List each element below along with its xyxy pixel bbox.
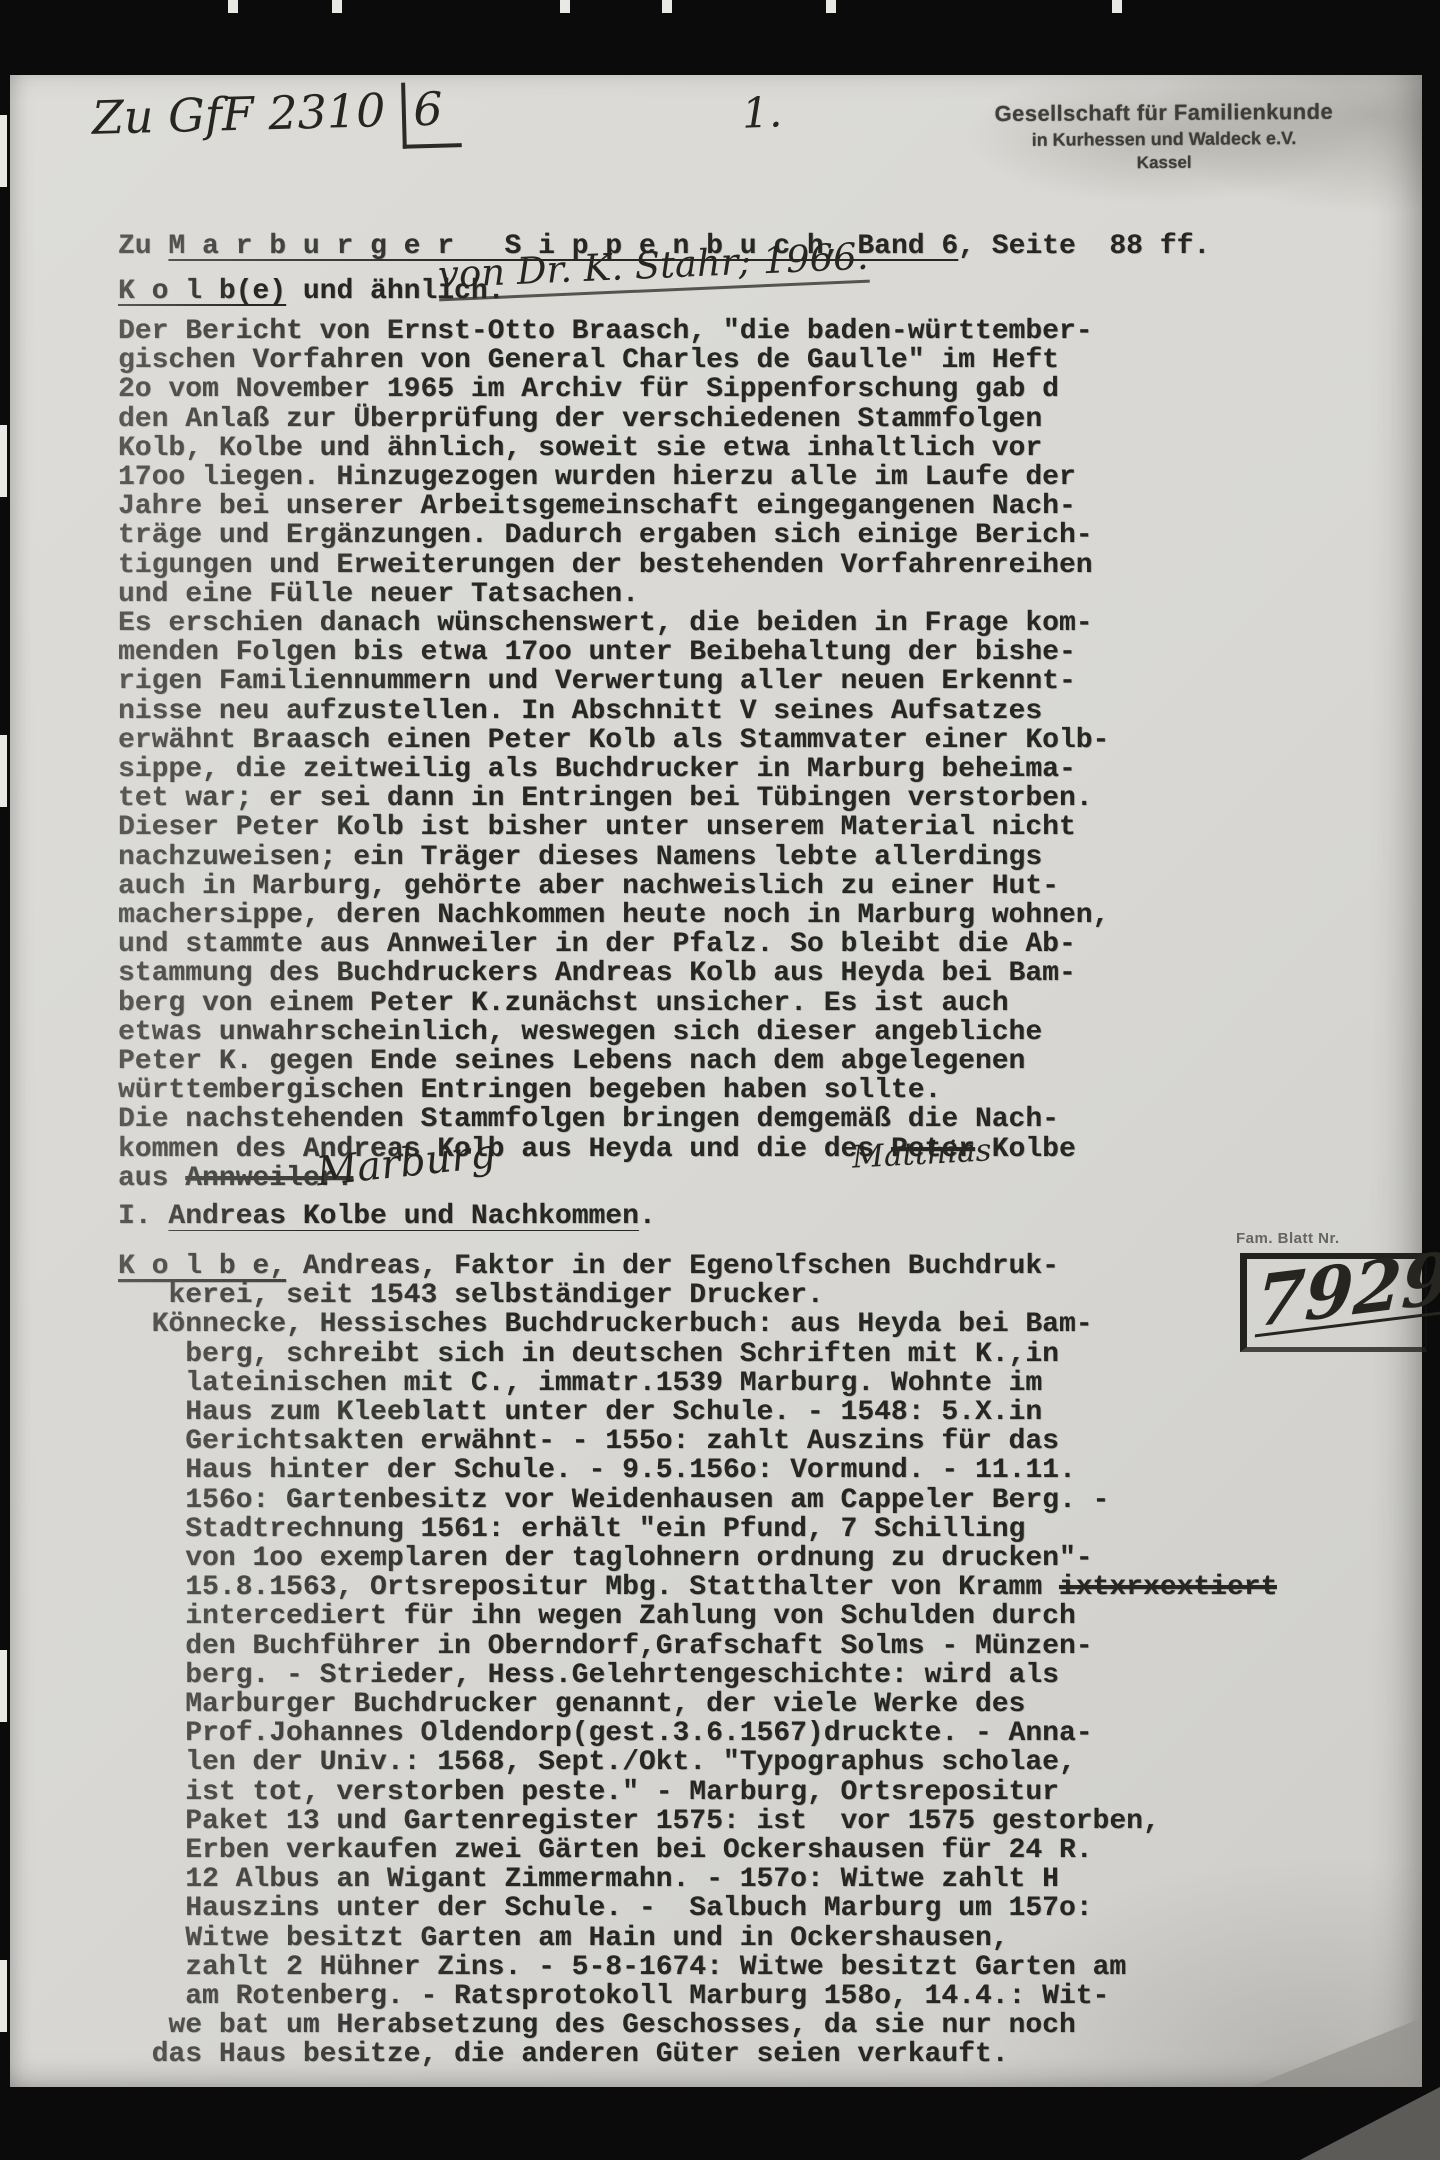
heading-suffix: . <box>639 1201 656 1232</box>
archive-ref-text: Zu GfF 2310 <box>91 83 386 145</box>
typed-line: erwähnt Braasch einen Peter Kolb als Sta… <box>118 726 1109 755</box>
typed-line: Der Bericht von Ernst-Otto Braasch, "die… <box>118 317 1109 346</box>
scanned-document: Zu GfF 23106 1. Gesellschaft für Familie… <box>0 0 1440 2160</box>
film-mark <box>560 0 570 13</box>
typed-text: 15.8.1563, Ortsrepositur Mbg. Statthalte… <box>118 1572 1059 1603</box>
typed-line: rigen Familiennummern und Verwertung all… <box>118 667 1109 696</box>
typed-line: intercediert für ihn wegen Zahlung von S… <box>118 1602 1277 1631</box>
film-mark <box>0 735 7 807</box>
stamp-line: Gesellschaft für Familienkunde <box>968 99 1360 128</box>
typed-line: träge und Ergänzungen. Dadurch ergaben s… <box>118 521 1109 550</box>
section-heading: I. Andreas Kolbe und Nachkommen. <box>118 1202 656 1231</box>
typed-line: nisse neu aufzustellen. In Abschnitt V s… <box>118 697 1109 726</box>
typed-line: Jahre bei unserer Arbeitsgemeinschaft ei… <box>118 492 1109 521</box>
fam-blatt-label: Fam. Blatt Nr. <box>1236 1230 1340 1247</box>
typed-line: machersippe, deren Nachkommen heute noch… <box>118 901 1109 930</box>
typed-line: den Anlaß zur Überprüfung der verschiede… <box>118 405 1109 434</box>
typed-line: gischen Vorfahren von General Charles de… <box>118 346 1109 375</box>
typed-line: Dieser Peter Kolb ist bisher unter unser… <box>118 813 1109 842</box>
typed-line: berg, schreibt sich in deutschen Schrift… <box>118 1340 1277 1369</box>
subtitle-underlined: K o l b(e) <box>118 276 286 307</box>
typed-line: Kolb, Kolbe und ähnlich, soweit sie etwa… <box>118 434 1109 463</box>
film-mark <box>0 115 7 187</box>
typed-line: ist tot, verstorben peste." - Marburg, O… <box>118 1778 1277 1807</box>
typed-line: berg von einem Peter K.zunächst unsicher… <box>118 989 1109 1018</box>
scan-corner-shadow <box>1300 2087 1440 2160</box>
film-mark <box>0 1650 7 1722</box>
typed-line: und eine Fülle neuer Tatsachen. <box>118 580 1109 609</box>
typed-line: das Haus besitze, die anderen Güter seie… <box>118 2040 1277 2069</box>
film-mark <box>0 425 7 497</box>
typed-line: stammung des Buchdruckers Andreas Kolb a… <box>118 959 1109 988</box>
typed-line: Gerichtsakten erwähnt- - 155o: zahlt Aus… <box>118 1427 1277 1456</box>
typed-line: zahlt 2 Hühner Zins. - 5-8-1674: Witwe b… <box>118 1953 1277 1982</box>
typed-line: von 1oo exemplaren der taglohnern ordnun… <box>118 1544 1277 1573</box>
typed-line: Paket 13 und Gartenregister 1575: ist vo… <box>118 1807 1277 1836</box>
page-number: 1. <box>741 87 783 137</box>
typed-text: aus <box>118 1163 185 1194</box>
typed-body-1: Der Bericht von Ernst-Otto Braasch, "die… <box>118 317 1109 1193</box>
typed-line: tigungen und Erweiterungen der bestehend… <box>118 551 1109 580</box>
handwritten-archive-reference: Zu GfF 23106 <box>91 81 461 157</box>
stamp-line: Kassel <box>968 152 1360 175</box>
title-suffix: , Seite 88 ff. <box>958 231 1210 262</box>
typed-line: Marburger Buchdrucker genannt, der viele… <box>118 1690 1277 1719</box>
typed-line: Erben verkaufen zwei Gärten bei Ockersha… <box>118 1836 1277 1865</box>
film-mark <box>1112 0 1122 13</box>
typed-line: Peter K. gegen Ende seines Lebens nach d… <box>118 1047 1109 1076</box>
typed-line: auch in Marburg, gehörte aber nachweisli… <box>118 872 1109 901</box>
typed-line: und stammte aus Annweiler in der Pfalz. … <box>118 930 1109 959</box>
typed-line: Prof.Johannes Oldendorp(gest.3.6.1567)dr… <box>118 1719 1277 1748</box>
typed-line: Stadtrechnung 1561: erhält "ein Pfund, 7… <box>118 1515 1277 1544</box>
film-mark <box>228 0 238 13</box>
typed-line: Haus hinter der Schule. - 9.5.156o: Vorm… <box>118 1456 1277 1485</box>
typed-line: Hauszins unter der Schule. - Salbuch Mar… <box>118 1894 1277 1923</box>
typed-text: kommen des Andreas Kolb aus Heyda und di… <box>118 1134 891 1165</box>
archive-ref-number: 6 <box>401 81 462 149</box>
typed-line: Es erschien danach wünschenswert, die be… <box>118 609 1109 638</box>
typed-line: Könnecke, Hessisches Buchdruckerbuch: au… <box>118 1310 1277 1339</box>
typed-line: K o l b e, Andreas, Faktor in der Egenol… <box>118 1252 1277 1281</box>
typed-line: tet war; er sei dann in Entringen bei Tü… <box>118 784 1109 813</box>
typed-line: kerei, seit 1543 selbständiger Drucker. <box>118 1281 1277 1310</box>
typed-line: 156o: Gartenbesitz vor Weidenhausen am C… <box>118 1486 1277 1515</box>
typed-line: berg. - Strieder, Hess.Gelehrtengeschich… <box>118 1661 1277 1690</box>
typed-line: Haus zum Kleeblatt unter der Schule. - 1… <box>118 1398 1277 1427</box>
film-mark <box>0 1960 7 2032</box>
typed-text: Andreas, Faktor in der Egenolfschen Buch… <box>286 1251 1059 1282</box>
heading-underlined: Andreas Kolbe und Nachkommen <box>168 1201 638 1232</box>
typed-line: etwas unwahrscheinlich, weswegen sich di… <box>118 1018 1109 1047</box>
typed-line: nachzuweisen; ein Träger dieses Namens l… <box>118 843 1109 872</box>
stamp-line: in Kurhessen und Waldeck e.V. <box>968 128 1360 152</box>
heading-prefix: I. <box>118 1201 168 1232</box>
typed-line: we bat um Herabsetzung des Geschosses, d… <box>118 2011 1277 2040</box>
typed-body-2: K o l b e, Andreas, Faktor in der Egenol… <box>118 1252 1277 2070</box>
typed-line: Die nachstehenden Stammfolgen bringen de… <box>118 1105 1109 1134</box>
underlined-text: K o l b e, <box>118 1251 286 1282</box>
typed-line: 15.8.1563, Ortsrepositur Mbg. Statthalte… <box>118 1573 1277 1602</box>
title-prefix: Zu <box>118 231 168 262</box>
typed-line: 12 Albus an Wigant Zimmermahn. - 157o: W… <box>118 1865 1277 1894</box>
typed-line: 2o vom November 1965 im Archiv für Sippe… <box>118 375 1109 404</box>
handwritten-margin-note: Matthias <box>851 1132 992 1175</box>
typed-line: menden Folgen bis etwa 17oo unter Beibeh… <box>118 638 1109 667</box>
typed-line: Witwe besitzt Garten am Hain und in Ocke… <box>118 1924 1277 1953</box>
struck-text: ixtxrxextiert <box>1059 1572 1277 1603</box>
film-mark <box>662 0 672 13</box>
typed-line: len der Univ.: 1568, Sept./Okt. "Typogra… <box>118 1748 1277 1777</box>
typed-line: sippe, die zeitweilig als Buchdrucker in… <box>118 755 1109 784</box>
typed-line: lateinischen mit C., immatr.1539 Marburg… <box>118 1369 1277 1398</box>
typed-line: am Rotenberg. - Ratsprotokoll Marburg 15… <box>118 1982 1277 2011</box>
society-stamp: Gesellschaft für Familienkunde in Kurhes… <box>968 99 1361 175</box>
film-mark <box>826 0 836 13</box>
typed-line: württembergischen Entringen begeben habe… <box>118 1076 1109 1105</box>
typed-line: den Buchführer in Oberndorf,Grafschaft S… <box>118 1632 1277 1661</box>
typed-line: 17oo liegen. Hinzugezogen wurden hierzu … <box>118 463 1109 492</box>
film-mark <box>332 0 342 13</box>
